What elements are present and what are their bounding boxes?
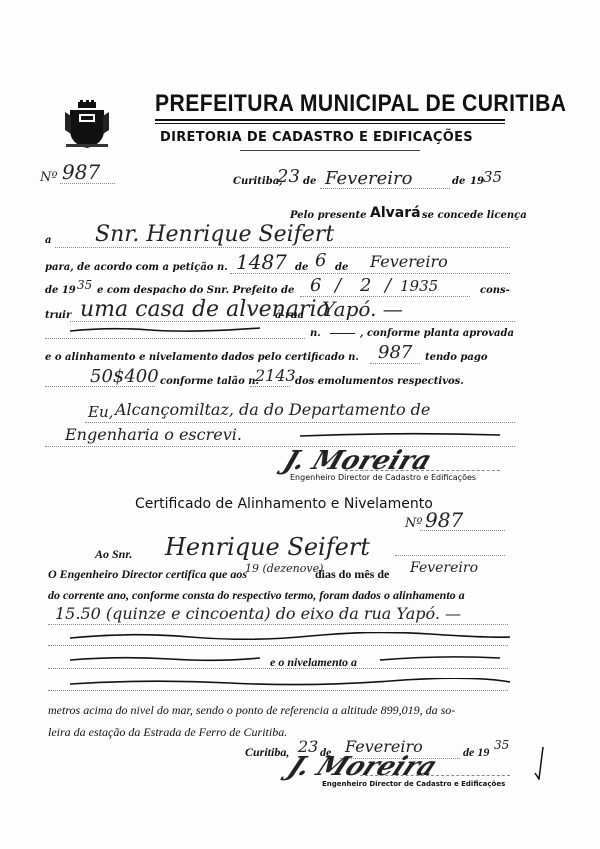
ao-label: Ao Snr. — [95, 547, 132, 562]
street-name: Yapó. — — [322, 297, 403, 321]
talao-text: conforme talão n. — [160, 376, 259, 387]
cert-date-year: 35 — [494, 738, 509, 752]
petition-de: de — [335, 262, 348, 273]
amount-paid: 50$400 — [90, 366, 159, 387]
petition-number: 1487 — [236, 250, 287, 274]
alvara-label: Alvará — [370, 205, 421, 221]
certificate-title: Certificado de Alinhamento e Nivelamento — [135, 496, 433, 512]
to-label: a — [45, 235, 51, 246]
certificate-number: 987 — [425, 508, 463, 532]
cert-line-2: do corrente ano, conforme consta do resp… — [48, 588, 465, 603]
year-value: 35 — [77, 278, 92, 292]
alvara-number: 987 — [62, 160, 100, 184]
coat-of-arms-icon — [62, 100, 112, 150]
petition-de: de — [295, 262, 308, 273]
despacho-day: 6 — [310, 275, 321, 296]
planta-text: , conforme planta aprovada — [360, 328, 514, 339]
signature-caption: Engenheiro Director de Cadastro e Edific… — [290, 473, 476, 482]
cert-date-city: Curitiba, — [245, 745, 289, 760]
despacho-year: 1935 — [400, 277, 438, 295]
date-de: de — [303, 176, 316, 187]
date-de: de — [452, 176, 465, 187]
signature: J. Moreira — [280, 446, 436, 476]
subtitle-underline — [240, 150, 420, 151]
petition-text: para, de acordo com a petição n. — [45, 262, 228, 273]
despacho-text: e com despacho do Snr. Prefeito de — [97, 285, 294, 296]
intro-text: Pelo presente — [290, 210, 366, 221]
document-page: PREFEITURA MUNICIPAL DE CURITIBA DIRETOR… — [0, 0, 600, 849]
date-city: Curitiba, — [233, 176, 283, 187]
street-label: á rua — [275, 310, 304, 321]
date-year-printed: 19 — [470, 176, 484, 187]
certificate-number: 987 — [378, 342, 412, 363]
signature: J. Moreira — [283, 752, 442, 782]
truir-text: truir — [45, 310, 71, 321]
tendo-pago-text: tendo pago — [425, 352, 488, 363]
cert-line-metros: metros acima do nivel do mar, sendo o po… — [48, 703, 455, 718]
eu-label: Eu, — [88, 403, 113, 421]
page-title: PREFEITURA MUNICIPAL DE CURITIBA — [155, 90, 566, 118]
page-subtitle: DIRETORIA DE CADASTRO E EDIFICAÇÕES — [160, 130, 473, 145]
recipient-name: Henrique Seifert — [165, 533, 370, 561]
clerk-line-2: Engenharia o escrevi. — [65, 425, 242, 444]
cert-line-1a: O Engenheiro Director certifica que aos — [48, 567, 247, 582]
filler-line — [70, 326, 260, 334]
date-day: 23 — [277, 166, 300, 187]
certificate-number-label: Nº — [405, 516, 423, 531]
licensee-name: Snr. Henrique Seifert — [95, 222, 334, 247]
petition-month: Fevereiro — [370, 252, 448, 271]
check-mark — [533, 745, 545, 780]
emolumentos-text: dos emolumentos respectivos. — [295, 376, 464, 387]
cert-date-de: de 19 — [463, 745, 489, 760]
clerk-line-1: Alcançomiltaz, da do Departamento de — [115, 400, 430, 419]
date-year: 35 — [483, 168, 502, 186]
cert-days: 19 (dezenove) — [245, 562, 323, 575]
alignment-value: 15.50 (quinze e cincoenta) do eixo da ru… — [55, 604, 461, 623]
cert-month: Fevereiro — [410, 560, 478, 576]
alinhamento-text: e o alinhamento e nivelamento dados pelo… — [45, 352, 359, 363]
intro-tail: se concede licença — [422, 210, 527, 221]
alvara-number-label: Nº — [40, 170, 58, 185]
date-month: Fevereiro — [325, 168, 412, 189]
talao-number: 2143 — [255, 366, 296, 385]
title-underline — [155, 119, 505, 121]
cert-line-soleira: leira da estação da Estrada de Ferro de … — [48, 725, 287, 740]
petition-day: 6 — [315, 250, 326, 271]
number-label: n. — [310, 328, 321, 339]
cons-text: cons- — [480, 285, 510, 296]
year-label: de 19 — [45, 285, 76, 296]
title-underline-thin — [155, 123, 505, 124]
despacho-month: 2 — [360, 275, 371, 296]
cert-line-1b: dias do mês de — [315, 567, 389, 582]
signature-caption: Engenheiro Director de Cadastro e Edific… — [322, 780, 505, 788]
